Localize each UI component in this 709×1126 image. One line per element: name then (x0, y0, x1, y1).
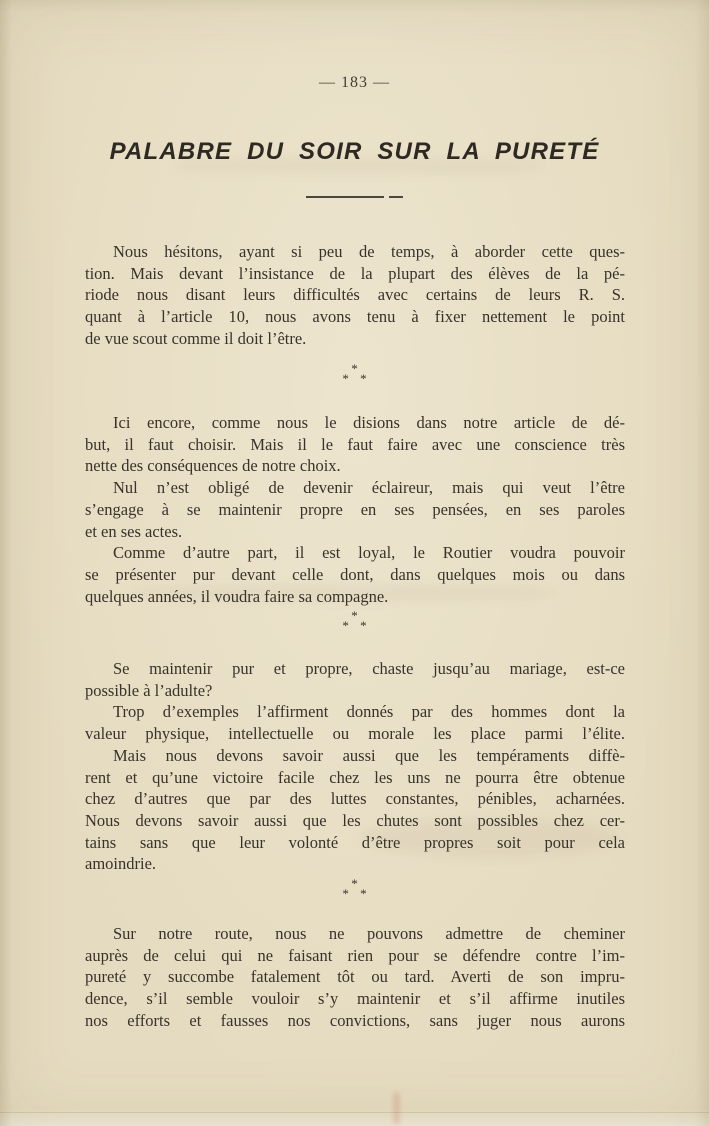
paragraph: Se maintenir pur et propre, chaste jusqu… (85, 658, 625, 701)
text-line: possible à l’adulte? (85, 680, 625, 702)
paragraph: Nous hésitons, ayant si peu de temps, à … (85, 241, 625, 350)
text-line: Mais nous devons savoir aussi que les te… (85, 745, 625, 767)
text-line: riode nous disant leurs difficultés avec… (85, 284, 625, 306)
text-line: quelques années, il voudra faire sa comp… (85, 586, 625, 608)
text-section-2: Ici encore, comme nous le disions dans n… (85, 412, 625, 607)
text-line: nos efforts et fausses nos convictions, … (85, 1010, 625, 1032)
text-line: valeur physique, intellectuelle ou moral… (85, 723, 625, 745)
paragraph: Ici encore, comme nous le disions dans n… (85, 412, 625, 477)
text-line: Nous hésitons, ayant si peu de temps, à … (85, 241, 625, 263)
text-line: se présenter pur devant celle dont, dans… (85, 564, 625, 586)
text-section-4: Sur notre route, nous ne pouvons admettr… (85, 923, 625, 1032)
asterisk-ornament: * * (0, 373, 709, 384)
asterism-separator: * * * (0, 879, 709, 899)
text-line: amoindrie. (85, 853, 625, 875)
text-line: s’engage à se maintenir propre en ses pe… (85, 499, 625, 521)
text-line: Sur notre route, nous ne pouvons admettr… (85, 923, 625, 945)
rule-segment-short (389, 196, 403, 198)
text-line: et en ses actes. (85, 521, 625, 543)
chapter-title: PALABRE DU SOIR SUR LA PURETÉ (0, 138, 709, 166)
text-line: tion. Mais devant l’insistance de la plu… (85, 263, 625, 285)
paragraph: Comme d’autre part, il est loyal, le Rou… (85, 542, 625, 607)
text-line: quant à l’article 10, nous avons tenu à … (85, 306, 625, 328)
rule-segment-long (306, 196, 384, 198)
text-line: Trop d’exemples l’affirment donnés par d… (85, 701, 625, 723)
scan-edge-line (0, 1112, 709, 1113)
text-section-3: Se maintenir pur et propre, chaste jusqu… (85, 658, 625, 875)
asterisk-ornament: * * (0, 620, 709, 631)
text-line: tains sans que leur volonté d’être propr… (85, 832, 625, 854)
text-line: Nul n’est obligé de devenir éclaireur, m… (85, 477, 625, 499)
paper-blemish (393, 1092, 400, 1124)
asterism-separator: * * * (0, 611, 709, 631)
text-line: Comme d’autre part, il est loyal, le Rou… (85, 542, 625, 564)
paragraph: Mais nous devons savoir aussi que les te… (85, 745, 625, 875)
paragraph: Nul n’est obligé de devenir éclaireur, m… (85, 477, 625, 542)
asterisk-ornament: * * (0, 888, 709, 899)
text-line: nette des conséquences de notre choix. (85, 455, 625, 477)
text-line: rent et qu’une victoire facile chez les … (85, 767, 625, 789)
text-line: dence, s’il semble vouloir s’y maintenir… (85, 988, 625, 1010)
text-line: Se maintenir pur et propre, chaste jusqu… (85, 658, 625, 680)
text-line: but, il faut choisir. Mais il le faut fa… (85, 434, 625, 456)
text-section-1: Nous hésitons, ayant si peu de temps, à … (85, 241, 625, 350)
scanned-page: — 183 — PALABRE DU SOIR SUR LA PURETÉ No… (0, 0, 709, 1126)
text-line: pureté y succombe fatalement tôt ou tard… (85, 966, 625, 988)
asterism-separator: * * * (0, 364, 709, 384)
page-number: — 183 — (0, 74, 709, 92)
paragraph: Sur notre route, nous ne pouvons admettr… (85, 923, 625, 1032)
text-line: de vue scout comme il doit l’être. (85, 328, 625, 350)
text-line: Ici encore, comme nous le disions dans n… (85, 412, 625, 434)
paragraph: Trop d’exemples l’affirment donnés par d… (85, 701, 625, 744)
text-line: Nous devons savoir aussi que les chutes … (85, 810, 625, 832)
title-rule (0, 196, 709, 198)
text-line: auprès de celui qui ne faisant rien pour… (85, 945, 625, 967)
text-line: chez d’autres que par des luttes constan… (85, 788, 625, 810)
